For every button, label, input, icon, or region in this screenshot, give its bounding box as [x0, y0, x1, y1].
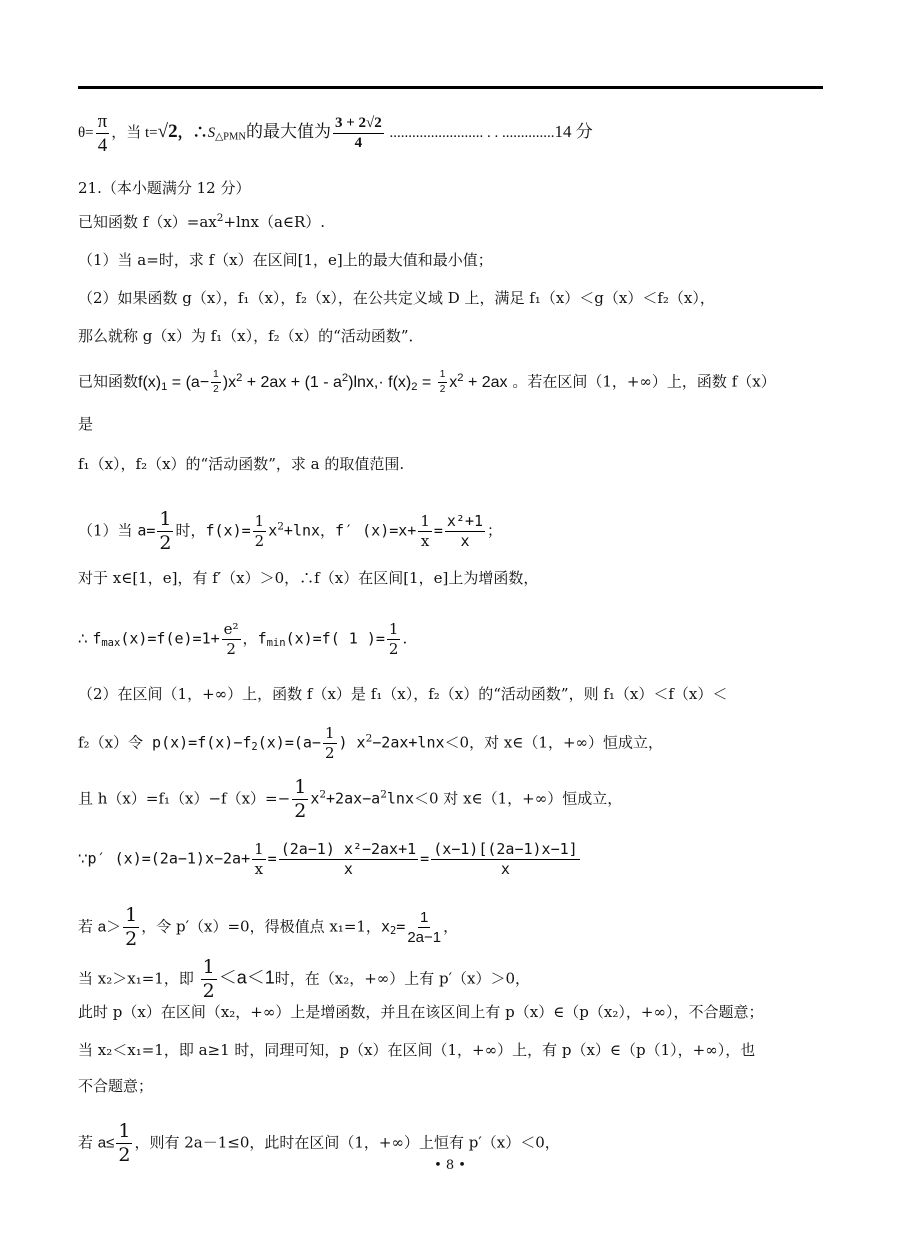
problem-part2-shi: 是: [78, 414, 822, 434]
solution-step11: 当 x₂＜x₁=1，即 a≥1 时，同理可知，p（x）在区间（1，+∞）上，有 …: [78, 1040, 822, 1060]
solution-step2: 对于 x∈[1，e]，有 f′（x）＞0，∴f（x）在区间[1，e]上为增函数，: [78, 568, 822, 588]
f1-expression: f(x)1 = (a−12)x2 + 2ax + (1 - a2)lnx,·: [138, 374, 388, 391]
problem-part2-line1: （2）如果函数 g（x），f₁（x），f₂（x），在公共定义域 D 上，满足 f…: [78, 288, 822, 308]
problem-part2-line2: 那么就称 g（x）为 f₁（x），f₂（x）的“活动函数”．: [78, 326, 822, 346]
problem-title: 21.（本小题满分 12 分）: [78, 178, 822, 198]
f2-expression: f(x)2 = 12x2 + 2ax: [388, 374, 507, 391]
theta-label: θ=: [78, 125, 94, 141]
solution-step12: 不合题意；: [78, 1076, 822, 1096]
page-number: • 8 •: [0, 1158, 900, 1173]
score-label: 14 分: [554, 122, 592, 141]
sqrt-two: √2: [158, 121, 178, 142]
header-rule: [78, 86, 823, 89]
problem-part2-given: 已知函数f(x)1 = (a−12)x2 + 2ax + (1 - a2)lnx…: [78, 370, 822, 395]
problem-part2-question: f₁（x），f₂（x）的“活动函数”，求 a 的取值范围.: [78, 454, 822, 474]
problem-part1: （1）当 a=时，求 f（x）在区间[1，e]上的最大值和最小值；: [78, 250, 822, 270]
solution-step5: f₂（x）令 p(x)=f(x)−f2(x)=(a−12) x2−2ax+lnx…: [78, 726, 822, 761]
solution-step8: 若 a＞12，令 p′（x）=0，得极值点 x₁=1，x2=12a−1，: [78, 906, 822, 949]
pi-over-4: π4: [96, 112, 110, 155]
problem-given: 已知函数 f（x）=ax2+lnx（a∈R）.: [78, 212, 822, 232]
solution-step3: ∴ fmax(x)=f(e)=1+e²2，fmin(x)=f( 1 )=12.: [78, 622, 822, 657]
solution-step9: 当 x₂＞x₁=1，即 12＜a＜1时，在（x₂，+∞）上有 p′（x）＞0，: [78, 958, 822, 1001]
solution-step4: （2）在区间（1，+∞）上，函数 f（x）是 f₁（x），f₂（x）的“活动函数…: [78, 684, 822, 704]
solution-step6: 且 h（x）=f₁（x）−f（x）=−12x2+2ax−a2lnx＜0 对 x∈…: [78, 778, 822, 821]
carryover-line: θ=π4，当 t=√2，∴S△PMN的最大值为3 + 2√24 ........…: [78, 112, 822, 155]
solution-step10: 此时 p（x）在区间（x₂，+∞）上是增函数，并且在该区间上有 p（x）∈（p（…: [78, 1002, 822, 1022]
solution-step1: （1）当 a=12时，f(x)=12x2+lnx，f′ (x)=x+1x=x²+…: [78, 510, 822, 553]
solution-step7: ∵p′ (x)=(2a−1)x−2a+1x=(2a−1) x²−2ax+1x=(…: [78, 842, 822, 877]
max-value-fraction: 3 + 2√24: [333, 116, 384, 151]
